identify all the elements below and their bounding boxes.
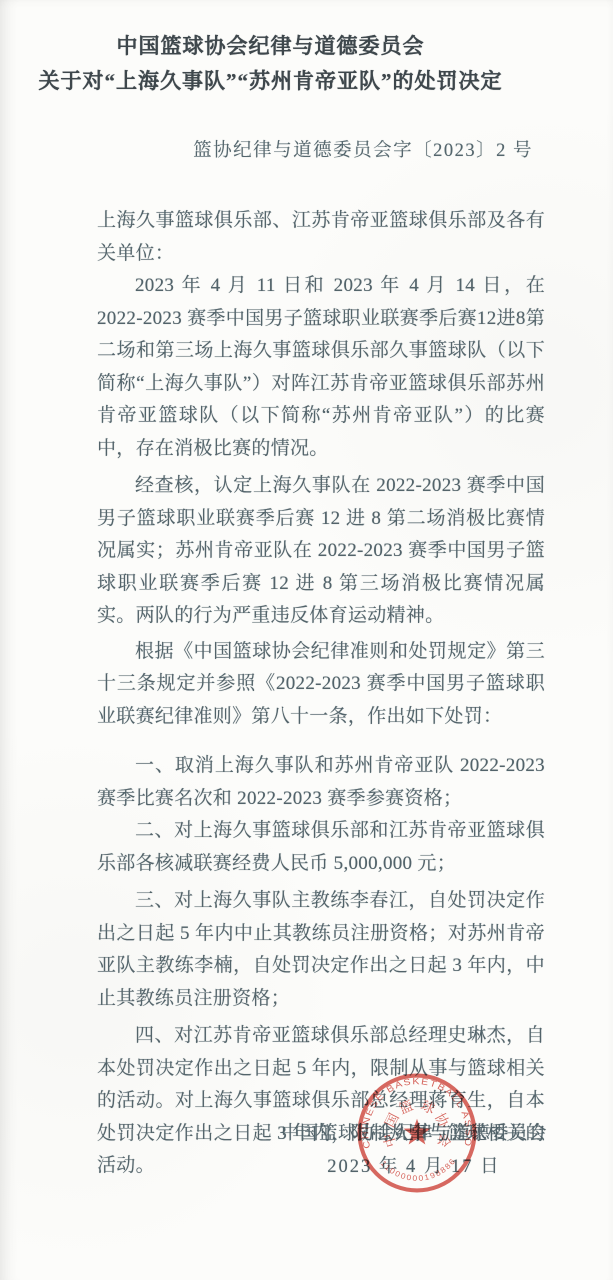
document-number: 篮协纪律与道德委员会字〔2023〕2 号 xyxy=(0,138,613,164)
document-header: 中国篮球协会纪律与道德委员会 关于对“上海久事队”“苏州肯帝亚队”的处罚决定 xyxy=(0,0,613,94)
paragraph-legal-basis: 根据《中国篮球协会纪律准则和处罚规定》第三十三条规定并参照《2022-2023 … xyxy=(97,636,545,734)
document-title-line1: 中国篮球协会纪律与道德委员会 xyxy=(0,33,541,59)
document-body: 上海久事篮球俱乐部、江苏肯帝亚篮球俱乐部及各有关单位： 2023 年 4 月 1… xyxy=(97,205,545,1183)
penalty-item-1: 一、取消上海久事队和苏州肯帝亚队 2022-2023 赛季比赛名次和 2022-… xyxy=(97,750,545,815)
penalty-item-3: 三、对上海久事队主教练李春江，自处罚决定作出之日起 5 年内中止其教练员注册资格… xyxy=(97,885,545,1015)
paragraph-facts: 2023 年 4 月 11 日和 2023 年 4 月 14 日，在 2022-… xyxy=(97,270,545,465)
issuing-authority-signature: 中国篮球协会纪律与道德委员会 xyxy=(269,1118,559,1150)
scanned-document-page: 中国篮球协会纪律与道德委员会 关于对“上海久事队”“苏州肯帝亚队”的处罚决定 篮… xyxy=(0,0,613,1280)
document-title-line2: 关于对“上海久事队”“苏州肯帝亚队”的处罚决定 xyxy=(0,68,541,94)
closing-block: 中国篮球协会纪律与道德委员会 2023 年 4 月 17 日 xyxy=(269,1118,559,1184)
penalty-item-2: 二、对上海久事篮球俱乐部和江苏肯帝亚篮球俱乐部各核减联赛经费人民币 5,000,… xyxy=(97,815,545,880)
paragraph-findings: 经查核，认定上海久事队在 2022-2023 赛季中国男子篮球职业联赛季后赛 1… xyxy=(97,470,545,633)
issue-date: 2023 年 4 月 17 日 xyxy=(269,1150,559,1184)
salutation-line: 上海久事篮球俱乐部、江苏肯帝亚篮球俱乐部及各有关单位： xyxy=(97,205,545,270)
